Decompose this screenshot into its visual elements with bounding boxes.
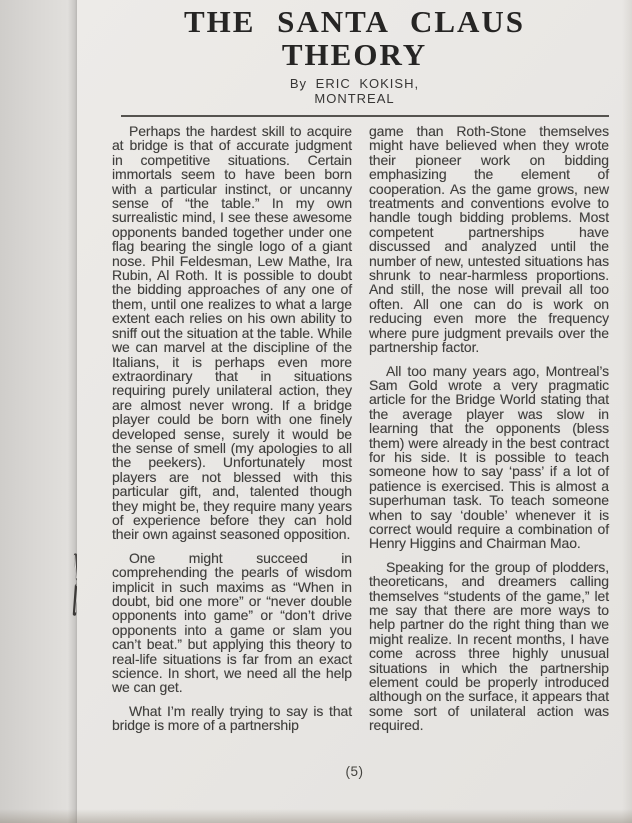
paragraph: All too many years ago, Montreal’s Sam G…: [369, 364, 609, 551]
article-header: THE SANTA CLAUS THEORY By ERIC KOKISH, M…: [77, 0, 632, 106]
column-right: game than Roth-Stone themselves might ha…: [369, 124, 609, 742]
scanned-page: THE SANTA CLAUS THEORY By ERIC KOKISH, M…: [0, 0, 632, 823]
page-number: (5): [77, 764, 632, 779]
paragraph: game than Roth-Stone themselves might ha…: [369, 124, 609, 355]
article-title-line-2: THEORY: [77, 38, 632, 71]
paragraph: Speaking for the group of plodders, theo…: [369, 560, 609, 733]
paragraph: Perhaps the hardest skill to acquire at …: [112, 124, 352, 542]
column-left: Perhaps the hardest skill to acquire at …: [112, 124, 352, 742]
paragraph: What I’m really trying to say is that br…: [112, 704, 352, 733]
article-byline: By ERIC KOKISH,: [77, 76, 632, 91]
page-gutter: [0, 0, 77, 823]
article-title-line-1: THE SANTA CLAUS: [77, 5, 632, 38]
article-body: Perhaps the hardest skill to acquire at …: [77, 117, 632, 742]
page: THE SANTA CLAUS THEORY By ERIC KOKISH, M…: [77, 0, 632, 823]
article-byline-location: MONTREAL: [77, 91, 632, 106]
paragraph: One might succeed in comprehending the p…: [112, 551, 352, 695]
